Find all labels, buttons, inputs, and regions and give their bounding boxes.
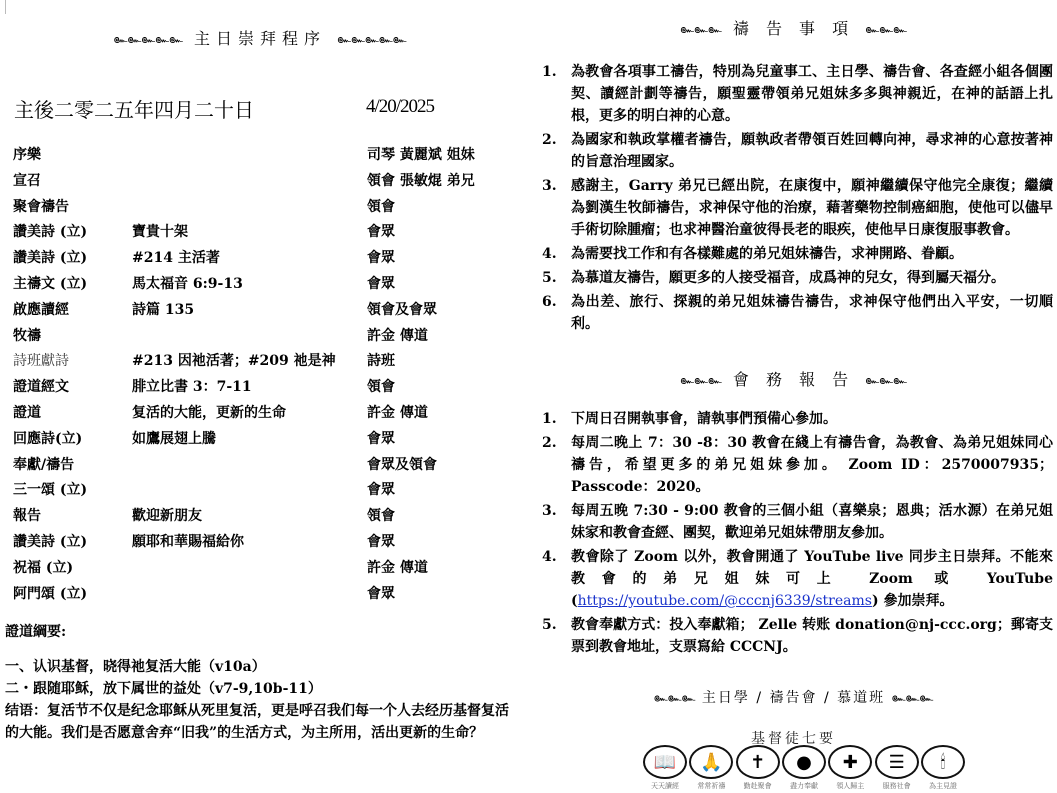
list-number: 1. [542, 61, 557, 83]
order-content: 寶貴十架 [132, 221, 188, 241]
order-item: 奉獻/禱告 [13, 454, 74, 474]
order-content: 歡迎新朋友 [132, 505, 202, 525]
list-number: 3. [542, 500, 557, 522]
program-title-text: 主日崇拜程序 [194, 29, 326, 48]
list-text: 每周二晚上 7：30 -8：30 教會在綫上有禱告會，為教會、為弟兄姐妹同心禱告… [571, 435, 1053, 495]
list-text: 為教會各項事工禱告，特別為兒童事工、主日學、禱告會、各查經小組各個團契、讀經計劃… [571, 64, 1053, 124]
list-number: 4. [542, 243, 557, 265]
news-list: 1.下周日召開執事會，請執事們預備心參加。2.每周二晚上 7：30 -8：30 … [530, 408, 1057, 660]
evangelism-icon: ✚ [828, 745, 872, 779]
list-text: 每周五晚 7:30 - 9:00 教會的三個小組（喜樂泉；恩典；活水源）在弟兄姐… [571, 503, 1053, 541]
list-text: 為國家和執政掌權者禱告，願執政者帶領百姓回轉向神，尋求神的心意按著神的旨意治理國… [571, 132, 1053, 170]
order-content: 詩篇 135 [132, 299, 194, 319]
list-item: 1.下周日召開執事會，請執事們預備心參加。 [530, 408, 1057, 430]
order-leader: 詩班 [367, 350, 395, 370]
order-item: 序樂 [13, 144, 41, 164]
list-item: 4.為需要找工作和有各樣難處的弟兄姐妹禱告，求神開路、眷顧。 [530, 243, 1057, 265]
list-item: 2.為國家和執政掌權者禱告，願執政者帶領百姓回轉向神，尋求神的心意按著神的旨意治… [530, 129, 1057, 173]
order-leader: 會眾 [367, 583, 395, 603]
list-number: 5. [542, 614, 557, 636]
list-number: 3. [542, 175, 557, 197]
order-item: 回應詩(立) [13, 428, 82, 448]
announcements-page: ๛๛๛ 禱 告 事 項 ๛๛๛ 1.為教會各項事工禱告，特別為兒童事工、主日學、… [530, 0, 1057, 793]
list-item: 1.為教會各項事工禱告，特別為兒童事工、主日學、禱告會、各查經小組各個團契、讀經… [530, 61, 1057, 127]
seven-essential-label: 服務社會 [875, 781, 919, 791]
seven-essential-label: 盡力奉獻 [782, 781, 826, 791]
seven-essential-label: 天天讀經 [643, 781, 687, 791]
offering-icon: ● [782, 745, 826, 779]
ornament-icon: ๛๛๛๛๛ [113, 32, 182, 46]
candle-icon: 🕯 [921, 745, 965, 779]
list-text: 為慕道友禱告，願更多的人接受福音，成爲神的兒女，得到屬天福分。 [571, 270, 1005, 286]
ornament-icon: ๛๛๛ [865, 373, 907, 387]
youtube-link[interactable]: https://youtube.com/@cccnj6339/streams [578, 593, 872, 609]
list-number: 1. [542, 408, 557, 430]
prayer-title: ๛๛๛ 禱 告 事 項 ๛๛๛ [530, 16, 1057, 39]
order-item: 牧禱 [13, 325, 41, 345]
worship-program-page: ๛๛๛๛๛ 主日崇拜程序 ๛๛๛๛๛ 主後二零二五年四月二十日 4/20/202… [0, 0, 530, 793]
prayer-title-text: 禱 告 事 項 [733, 19, 854, 38]
prayer-list: 1.為教會各項事工禱告，特別為兒童事工、主日學、禱告會、各查經小組各個團契、讀經… [530, 61, 1057, 337]
order-content: 腓立比書 3：7-11 [132, 376, 252, 396]
order-item: 三一頌 (立) [13, 479, 87, 499]
order-content: #213 因祂活著；#209 祂是神 [132, 350, 336, 370]
list-number: 2. [542, 129, 557, 151]
date: 4/20/2025 [366, 96, 434, 118]
news-title-text: 會 務 報 告 [733, 370, 854, 389]
order-leader: 領會 張敏焜 弟兄 [367, 170, 475, 190]
order-leader: 會眾及領會 [367, 454, 437, 474]
list-item: 3.每周五晚 7:30 - 9:00 教會的三個小組（喜樂泉；恩典；活水源）在弟… [530, 500, 1057, 544]
order-item: 阿門頌 (立) [13, 583, 87, 603]
order-leader: 會眾 [367, 428, 395, 448]
seven-essentials-icons: 📖🙏✝●✚☰🕯 [643, 745, 965, 779]
gathering-icon: ✝ [736, 745, 780, 779]
order-item: 啟應讀經 [13, 299, 69, 319]
order-leader: 許金 傳道 [367, 402, 428, 422]
list-item: 5.教會奉獻方式：投入奉獻箱； Zelle 转账 donation@nj-ccc… [530, 614, 1057, 658]
order-item: 主禱文 (立) [13, 273, 87, 293]
list-number: 5. [542, 267, 557, 289]
ornament-icon: ๛๛๛ [654, 691, 696, 705]
seven-essential-label: 常常祈禱 [689, 781, 733, 791]
program-title: ๛๛๛๛๛ 主日崇拜程序 ๛๛๛๛๛ [0, 26, 520, 49]
news-title: ๛๛๛ 會 務 報 告 ๛๛๛ [530, 367, 1057, 390]
order-leader: 許金 傳道 [367, 325, 428, 345]
outline-point: 一、认识基督，晓得祂复活大能（v10a） [5, 656, 520, 678]
ornament-icon: ๛๛๛๛๛ [337, 32, 406, 46]
order-leader: 領會 [367, 376, 395, 396]
ornament-icon: ๛๛๛ [680, 373, 722, 387]
ornament-icon: ๛๛๛ [865, 22, 907, 36]
service-icon: ☰ [875, 745, 919, 779]
ornament-icon: ๛๛๛ [680, 22, 722, 36]
list-item: 3.感謝主，Garry 弟兄已經出院，在康復中，願神繼續保守他完全康復；繼續為劉… [530, 175, 1057, 241]
outline-point: 二・跟随耶稣，放下属世的益处（v7-9,10b-11） [5, 678, 520, 700]
seven-essential-label: 勤赴聚會 [736, 781, 780, 791]
list-text: 為需要找工作和有各樣難處的弟兄姐妹禱告，求神開路、眷顧。 [571, 246, 963, 262]
text-cursor [5, 0, 6, 14]
order-item: 讚美詩 (立) [13, 247, 87, 267]
order-content: 复活的大能，更新的生命 [132, 402, 286, 422]
list-text: 下周日召開執事會，請執事們預備心參加。 [571, 411, 837, 427]
date-chinese: 主後二零二五年四月二十日 [14, 94, 254, 123]
list-item: 2.每周二晚上 7：30 -8：30 教會在綫上有禱告會，為教會、為弟兄姐妹同心… [530, 432, 1057, 498]
order-leader: 會眾 [367, 221, 395, 241]
order-item: 讚美詩 (立) [13, 221, 87, 241]
order-leader: 司琴 黃麗斌 姐妹 [367, 144, 475, 164]
list-number: 6. [542, 291, 557, 313]
list-text: 感謝主，Garry 弟兄已經出院，在康復中，願神繼續保守他完全康復；繼續為劉漢生… [571, 178, 1053, 238]
list-text: 教會奉獻方式：投入奉獻箱； Zelle 转账 donation@nj-ccc.o… [571, 617, 1053, 655]
seven-essential-label: 領人歸主 [828, 781, 872, 791]
sermon-outline-heading: 證道綱要: [5, 621, 66, 641]
seven-essentials-labels: 天天讀經常常祈禱勤赴聚會盡力奉獻領人歸主服務社會為主見證 [643, 781, 965, 791]
sunday-school-title-text: 主日學 / 禱告會 / 慕道班 [702, 690, 885, 706]
order-item: 證道經文 [13, 376, 69, 396]
list-text: ) 參加崇拜。 [872, 593, 954, 609]
order-item: 祝福 (立) [13, 557, 73, 577]
order-leader: 許金 傳道 [367, 557, 428, 577]
list-item: 4.教會除了 Zoom 以外，教會開通了 YouTube live 同步主日崇拜… [530, 546, 1057, 612]
order-leader: 會眾 [367, 273, 395, 293]
order-item: 聚會禱告 [13, 196, 69, 216]
order-leader: 領會及會眾 [367, 299, 437, 319]
order-content: #214 主活著 [132, 247, 220, 267]
praying-icon: 🙏 [689, 745, 733, 779]
order-leader: 領會 [367, 196, 395, 216]
order-content: 如鷹展翅上騰 [132, 428, 216, 448]
order-item: 證道 [13, 402, 41, 422]
outline-conclusion: 结语：复活节不仅是纪念耶稣从死里复活，更是呼召我们每一个人去经历基督复活的大能。… [5, 700, 520, 744]
list-text: 為出差、旅行、探親的弟兄姐妹禱告禱告，求神保守他們出入平安，一切順利。 [571, 294, 1053, 332]
ornament-icon: ๛๛๛ [892, 691, 934, 705]
order-leader: 領會 [367, 505, 395, 525]
list-item: 5.為慕道友禱告，願更多的人接受福音，成爲神的兒女，得到屬天福分。 [530, 267, 1057, 289]
order-leader: 會眾 [367, 479, 395, 499]
order-item: 報告 [13, 505, 41, 525]
sermon-outline: 一、认识基督，晓得祂复活大能（v10a） 二・跟随耶稣，放下属世的益处（v7-9… [5, 656, 520, 744]
order-content: 願耶和華賜福給你 [132, 531, 244, 551]
order-item: 讚美詩 (立) [13, 531, 87, 551]
list-number: 4. [542, 546, 557, 568]
sunday-school-title: ๛๛๛ 主日學 / 禱告會 / 慕道班 ๛๛๛ [530, 687, 1057, 708]
order-leader: 會眾 [367, 247, 395, 267]
order-leader: 會眾 [367, 531, 395, 551]
order-content: 馬太福音 6:9-13 [132, 273, 243, 293]
order-item: 詩班獻詩 [13, 350, 69, 370]
order-item: 宣召 [13, 170, 41, 190]
list-number: 2. [542, 432, 557, 454]
seven-essential-label: 為主見證 [921, 781, 965, 791]
reading-icon: 📖 [643, 745, 687, 779]
list-item: 6.為出差、旅行、探親的弟兄姐妹禱告禱告，求神保守他們出入平安，一切順利。 [530, 291, 1057, 335]
